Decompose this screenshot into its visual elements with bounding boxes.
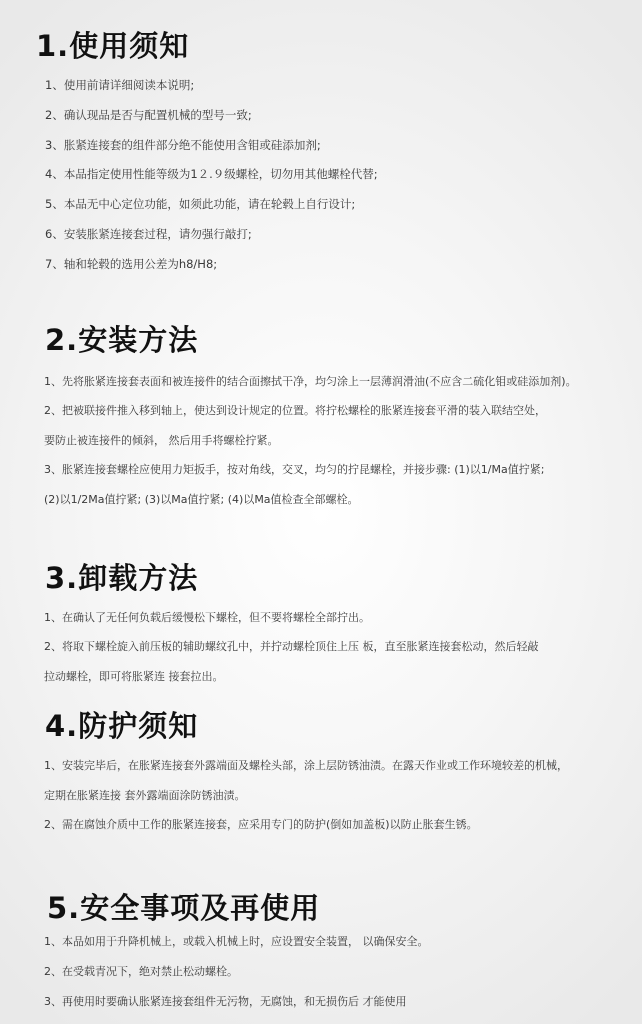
instruction-page: 1.使用须知 1、使用前请详细阅读本说明; 2、确认现品是否与配置机械的型号一致… <box>0 0 642 1024</box>
section-title: 1.使用须知 <box>36 29 189 63</box>
list-item: 2、把被联接件推入移到轴上，使达到设计规定的位置。将拧松螺栓的胀紧连接套平滑的装… <box>44 403 546 419</box>
list-item: 拉动螺栓，即可将胀紧连 接套拉出。 <box>44 669 224 685</box>
list-item: 1、在确认了无任何负载后缓慢松下螺栓，但不要将螺栓全部拧出。 <box>44 610 370 626</box>
list-item: 3、再使用时要确认胀紧连接套组件无污物，无腐蚀，和无损伤后 才能使用 <box>44 994 407 1010</box>
section-title: 4.防护须知 <box>45 709 198 743</box>
list-item: 3、胀紧连接套螺栓应使用力矩扳手，按对角线，交叉，均匀的拧昆螺栓，并接步骤: (… <box>44 462 544 478</box>
list-item: 3、胀紧连接套的组件部分绝不能使用含钼或硅添加剂; <box>45 137 321 153</box>
list-item: 7、轴和轮毂的选用公差为h8/H8; <box>45 256 217 272</box>
list-item: 1、本品如用于升降机械上，或载入机械上时，应设置安全装置， 以确保安全。 <box>44 934 429 950</box>
section-title: 3.卸载方法 <box>45 561 198 595</box>
list-item: 1、使用前请详细阅读本说明; <box>45 77 194 93</box>
section-title: 2.安装方法 <box>45 323 198 357</box>
list-item: 定期在胀紧连接 套外露端面涂防锈油渍。 <box>44 788 246 804</box>
list-item: 2、需在腐蚀介质中工作的胀紧连接套，应采用专门的防护(倒如加盖板)以防止胀套生锈… <box>44 817 478 833</box>
section-title: 5.安全事项及再使用 <box>47 891 320 925</box>
list-item: 2、在受载青况下，绝对禁止松动螺栓。 <box>44 964 238 980</box>
list-item: 6、安装胀紧连接套过程，请勿强行敲打; <box>45 226 252 242</box>
list-item: 2、将取下螺栓旋入前压板的辅助螺纹孔中，并拧动螺栓顶住上压 板，直至胀紧连接套松… <box>44 639 539 655</box>
list-item: 要防止被连接件的倾斜， 然后用手将螺栓拧紧。 <box>44 433 279 449</box>
list-item: 1、先将胀紧连接套表面和被连接件的结合面擦拭干净，均匀涂上一层薄润滑油(不应含二… <box>44 374 577 390</box>
list-item: 4、本品指定使用性能等级为1２.９级螺栓，切勿用其他螺栓代替; <box>45 166 378 182</box>
list-item: 2、确认现品是否与配置机械的型号一致; <box>45 107 252 123</box>
list-item: (2)以1/2Ma值拧紧; (3)以Ma值拧紧; (4)以Ma值检查全部螺栓。 <box>44 492 359 508</box>
list-item: 5、本品无中心定位功能，如须此功能，请在轮毂上自行设计; <box>45 196 355 212</box>
list-item: 1、安装完毕后，在胀紧连接套外露端面及螺栓头部，涂上层防锈油渍。在露天作业或工作… <box>44 758 568 774</box>
